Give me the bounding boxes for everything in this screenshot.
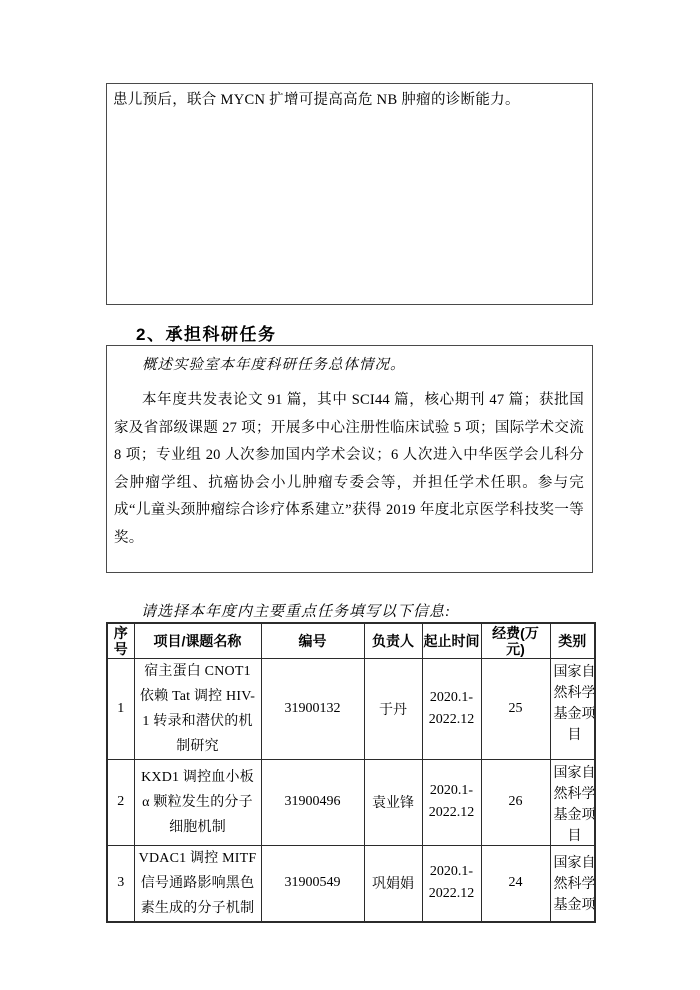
- table-row: 3 VDAC1 调控 MITF 信号通路影响黑色素生成的分子机制 3190054…: [107, 845, 595, 922]
- overview-paragraph: 本年度共发表论文 91 篇，其中 SCI44 篇，核心期刊 47 篇；获批国家及…: [114, 387, 584, 552]
- cell-code: 31900549: [261, 845, 364, 922]
- cell-category: 国家自然科学基金项目: [550, 658, 595, 759]
- cell-no: 2: [107, 759, 134, 845]
- cell-no: 1: [107, 658, 134, 759]
- cell-code: 31900132: [261, 658, 364, 759]
- document-page: 患儿预后，联合 MYCN 扩增可提高高危 NB 肿瘤的诊断能力。 2、承担科研任…: [0, 0, 700, 990]
- header-code: 编号: [261, 623, 364, 658]
- cell-name: 宿主蛋白 CNOT1 依赖 Tat 调控 HIV-1 转录和潜伏的机制研究: [134, 658, 261, 759]
- header-no: 序号: [107, 623, 134, 658]
- cell-leader: 袁业锋: [364, 759, 422, 845]
- cell-period: 2020.1-2022.12: [422, 658, 481, 759]
- header-budget-label: 经费(万元): [489, 625, 543, 657]
- cell-budget: 24: [481, 845, 550, 922]
- cell-category-text: 国家自然科学基金项目: [553, 851, 596, 915]
- tasks-table: 序号 项目/课题名称 编号 负责人 起止时间 经费(万元) 类别 1 宿主蛋白 …: [106, 622, 596, 923]
- cell-budget: 26: [481, 759, 550, 845]
- cell-category-text: 国家自然科学基金项目: [553, 761, 596, 844]
- cell-leader: 于丹: [364, 658, 422, 759]
- cell-no: 3: [107, 845, 134, 922]
- section-heading: 2、承担科研任务: [136, 320, 276, 345]
- cell-category: 国家自然科学基金项目: [550, 759, 595, 845]
- header-category: 类别: [550, 623, 595, 658]
- overview-prompt: 概述实验室本年度科研任务总体情况。: [114, 353, 584, 374]
- summary-text: 患儿预后，联合 MYCN 扩增可提高高危 NB 肿瘤的诊断能力。: [107, 84, 592, 112]
- overview-box: 概述实验室本年度科研任务总体情况。 本年度共发表论文 91 篇，其中 SCI44…: [106, 345, 593, 573]
- header-leader: 负责人: [364, 623, 422, 658]
- header-period: 起止时间: [422, 623, 481, 658]
- cell-category: 国家自然科学基金项目: [550, 845, 595, 922]
- header-budget: 经费(万元): [481, 623, 550, 658]
- cell-leader: 巩娟娟: [364, 845, 422, 922]
- table-intro: 请选择本年度内主要重点任务填写以下信息:: [113, 600, 451, 621]
- summary-box: 患儿预后，联合 MYCN 扩增可提高高危 NB 肿瘤的诊断能力。: [106, 83, 593, 305]
- cell-budget: 25: [481, 658, 550, 759]
- table-row: 2 KXD1 调控血小板 α 颗粒发生的分子细胞机制 31900496 袁业锋 …: [107, 759, 595, 845]
- cell-name: KXD1 调控血小板 α 颗粒发生的分子细胞机制: [134, 759, 261, 845]
- cell-name: VDAC1 调控 MITF 信号通路影响黑色素生成的分子机制: [134, 845, 261, 922]
- cell-period: 2020.1-2022.12: [422, 845, 481, 922]
- cell-period: 2020.1-2022.12: [422, 759, 481, 845]
- header-name: 项目/课题名称: [134, 623, 261, 658]
- table-header-row: 序号 项目/课题名称 编号 负责人 起止时间 经费(万元) 类别: [107, 623, 595, 658]
- cell-category-text: 国家自然科学基金项目: [553, 660, 596, 757]
- cell-code: 31900496: [261, 759, 364, 845]
- table-row: 1 宿主蛋白 CNOT1 依赖 Tat 调控 HIV-1 转录和潜伏的机制研究 …: [107, 658, 595, 759]
